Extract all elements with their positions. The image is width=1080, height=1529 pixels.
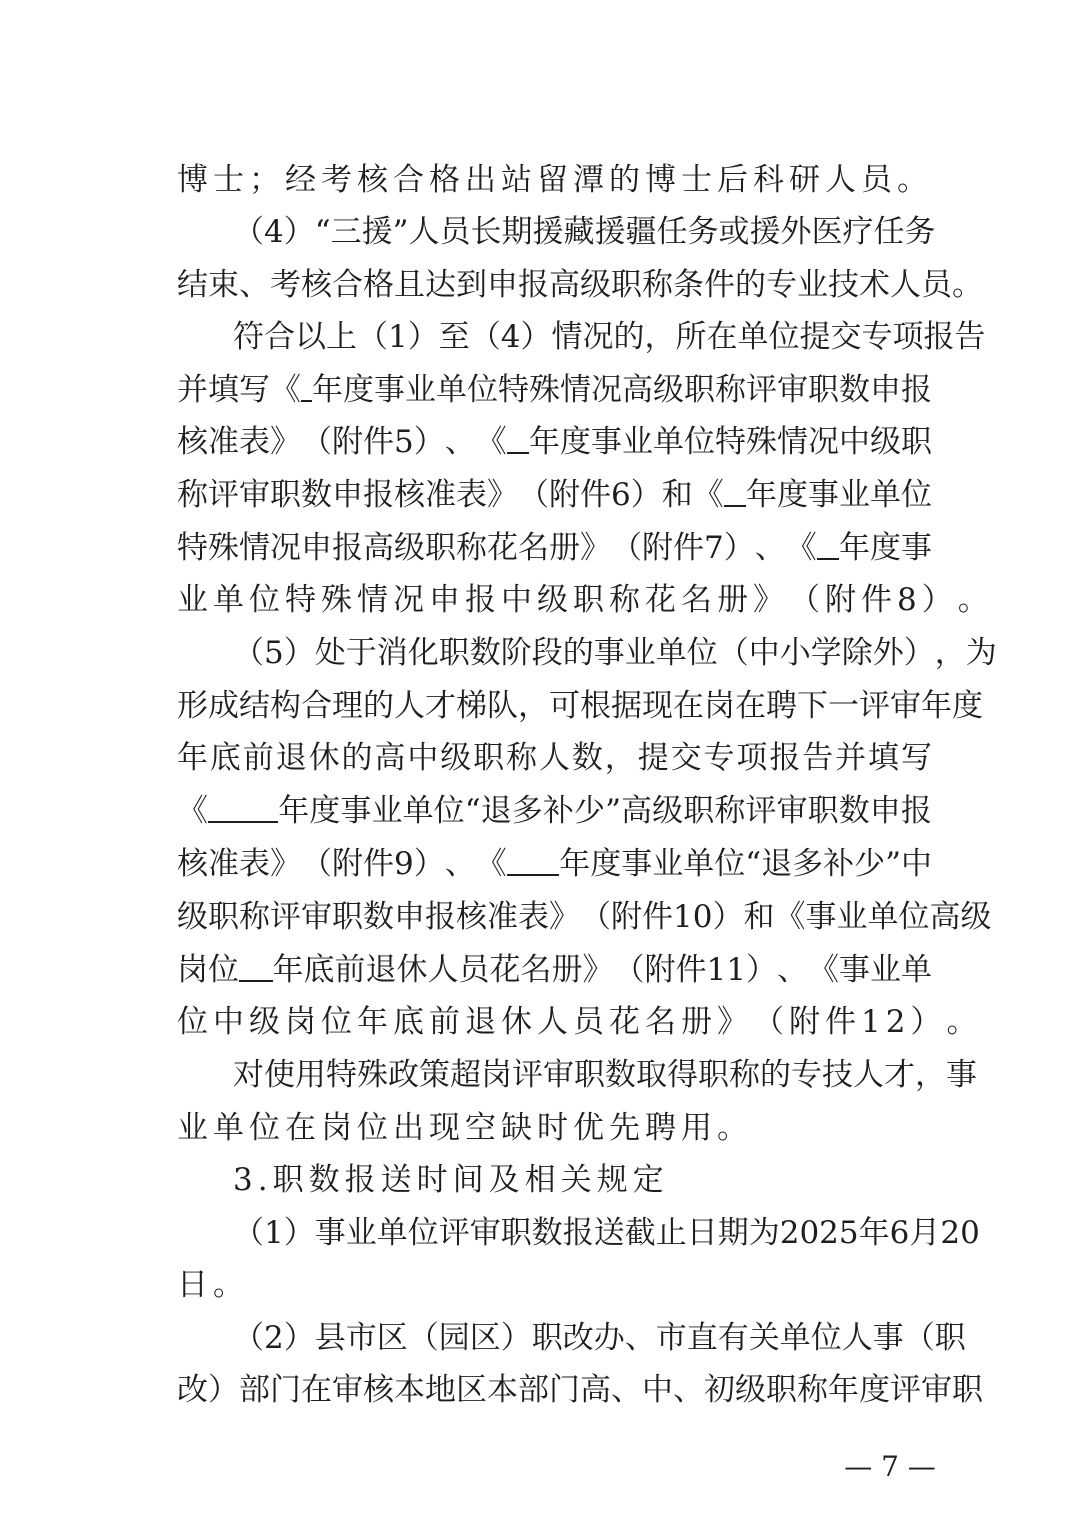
fill-in-blank (817, 528, 839, 560)
text-glyph: 、 (755, 528, 786, 568)
text-glyph: 5 (264, 633, 284, 673)
text-glyph: 日 (177, 1265, 213, 1305)
text-glyph: 直 (687, 1318, 718, 1358)
text-glyph: 》 (580, 528, 611, 568)
text-glyph: 员 (921, 265, 952, 305)
text-glyph: 职 (501, 1213, 532, 1253)
text-glyph: 特 (498, 370, 529, 410)
text-glyph: 度 (777, 475, 808, 515)
text-glyph: 职 (332, 897, 363, 937)
text-glyph: 出 (465, 160, 501, 200)
text-glyph: 人 (539, 738, 570, 778)
text-glyph: 事 (374, 370, 405, 410)
text-glyph: 单 (377, 1213, 408, 1253)
text-glyph: 花 (487, 528, 518, 568)
text-glyph: 花 (645, 580, 681, 620)
text-glyph: 地 (425, 1370, 456, 1410)
text-glyph: 数 (605, 1055, 636, 1095)
text-glyph: 位 (249, 580, 285, 620)
text-glyph: 度 (952, 686, 983, 726)
text-glyph: 件 (580, 475, 611, 515)
text-glyph: 底 (393, 1002, 429, 1042)
text-glyph: 人 (842, 1318, 873, 1358)
text-glyph: 件 (673, 528, 704, 568)
text-glyph: 初 (704, 1370, 735, 1410)
text-glyph: ） (904, 633, 935, 673)
text-glyph: 年 (177, 738, 208, 778)
text-glyph: 职 (425, 528, 456, 568)
text-glyph: 报 (901, 370, 932, 410)
text-glyph: 件 (363, 844, 394, 884)
text-glyph: 化 (408, 633, 439, 673)
text-glyph: 评 (859, 686, 890, 726)
text-glyph: 空 (465, 1108, 501, 1148)
text-glyph: 改 (177, 1370, 208, 1410)
text-glyph: 关 (561, 1160, 597, 1200)
text-glyph: 业 (797, 265, 828, 305)
text-glyph: 报 (563, 1213, 594, 1253)
text-glyph: 除 (842, 633, 873, 673)
text-glyph: 写 (901, 738, 932, 778)
text-glyph: 交 (830, 317, 861, 357)
text-glyph: 员 (573, 1002, 609, 1042)
text-glyph: （ (233, 212, 264, 252)
text-glyph: 务 (904, 212, 935, 252)
text-glyph: 段 (532, 633, 563, 673)
text-glyph: 缺 (501, 1108, 537, 1148)
text-glyph: ， (644, 317, 675, 357)
text-glyph: 级 (735, 1370, 766, 1410)
text-glyph: 聘 (766, 686, 797, 726)
text-glyph: 合 (393, 160, 429, 200)
text-glyph: 2 (264, 1318, 284, 1358)
text-glyph: 11 (707, 950, 746, 990)
text-glyph: 术 (859, 265, 890, 305)
text-glyph: 。 (958, 580, 994, 620)
text-glyph: 填 (208, 370, 239, 410)
text-glyph: 的 (760, 1055, 791, 1095)
text-glyph: 援 (362, 212, 393, 252)
text-glyph: 数 (470, 633, 501, 673)
text-glyph: 称 (797, 1370, 828, 1410)
text-glyph: 事 (808, 475, 839, 515)
text-glyph: 长 (470, 212, 501, 252)
text-glyph: 年 (746, 475, 777, 515)
text-glyph: 员 (459, 950, 490, 990)
text-glyph: 并 (835, 738, 866, 778)
text-glyph: 情 (357, 580, 393, 620)
text-glyph: 前 (335, 950, 366, 990)
text-glyph: 评 (512, 1055, 543, 1095)
text-glyph: 中 (901, 844, 932, 884)
text-glyph: 报 (518, 265, 549, 305)
text-line: （5）处于消化职数阶段的事业单位（中小学除外），为 (233, 633, 932, 673)
text-glyph: 前 (429, 1002, 465, 1042)
text-glyph: 殊 (746, 422, 777, 462)
text-glyph: 员 (439, 212, 470, 252)
text-glyph: 博 (645, 160, 681, 200)
text-glyph: 日 (687, 1213, 718, 1253)
text-line: 业单位在岗位出现空缺时优先聘用。 (177, 1108, 932, 1148)
text-glyph: 退 (465, 1002, 501, 1042)
text-glyph: 、 (625, 1318, 656, 1358)
text-glyph: 职 (473, 738, 504, 778)
text-glyph: 的 (735, 265, 766, 305)
text-glyph: （ (614, 950, 645, 990)
text-glyph: 园 (439, 1318, 470, 1358)
text-glyph: ” (605, 791, 621, 831)
text-glyph: 区 (456, 1370, 487, 1410)
text-glyph: 先 (609, 1108, 645, 1148)
text-glyph: 10 (673, 897, 712, 937)
text-glyph: （ (904, 1318, 935, 1358)
text-glyph: ” (393, 212, 409, 252)
text-glyph: 和 (743, 897, 774, 937)
text-glyph: 少 (574, 791, 605, 831)
text-glyph: 职 (935, 1318, 966, 1358)
text-glyph: 位 (768, 317, 799, 357)
text-glyph: 项 (892, 317, 923, 357)
text-glyph: 称 (729, 1055, 760, 1095)
text-glyph: 高 (549, 265, 580, 305)
text-glyph: 名 (521, 950, 552, 990)
text-glyph: ） (284, 1213, 315, 1253)
text-glyph: 位 (208, 950, 239, 990)
text-glyph: 多 (792, 844, 823, 884)
text-glyph: 报 (901, 791, 932, 831)
text-glyph: 队 (487, 686, 518, 726)
text-glyph: 定 (633, 1160, 669, 1200)
text-glyph: 度 (560, 422, 591, 462)
text-glyph: 。 (946, 1002, 982, 1042)
text-glyph: 核 (456, 897, 487, 937)
text-glyph: 业 (405, 370, 436, 410)
text-glyph: 件 (363, 422, 394, 462)
text-glyph: 下 (797, 686, 828, 726)
fill-in-blank (239, 950, 273, 982)
text-glyph: 事 (901, 528, 932, 568)
text-glyph: ， (518, 686, 549, 726)
text-glyph: 审 (543, 1055, 574, 1095)
document-page: 博士；经考核合格出站留潭的博士后科研人员。（4）“三援”人员长期援藏援疆任务或援… (0, 0, 1080, 1529)
text-glyph: 一 (828, 686, 859, 726)
text-glyph: 经 (285, 160, 321, 200)
text-glyph: 考 (270, 265, 301, 305)
text-glyph: 件 (642, 897, 673, 937)
text-glyph: 月 (909, 1213, 940, 1253)
text-glyph: 3. (233, 1160, 273, 1200)
text-glyph: 度 (859, 1370, 890, 1410)
text-glyph: 以 (295, 317, 326, 357)
text-glyph: 业 (177, 1108, 213, 1148)
text-glyph: （ (470, 317, 501, 357)
text-glyph: 多 (512, 791, 543, 831)
text-line: 3.职数报送时间及相关规定 (233, 1160, 932, 1200)
text-glyph: 评 (439, 1213, 470, 1253)
text-glyph: 、 (445, 844, 476, 884)
text-glyph: 业 (652, 844, 683, 884)
text-glyph: 高 (363, 528, 394, 568)
text-glyph: 的 (563, 633, 594, 673)
text-glyph: 间 (453, 1160, 489, 1200)
text-glyph: 称 (715, 370, 746, 410)
text-glyph: 度 (343, 370, 374, 410)
text-glyph: 况 (270, 528, 301, 568)
text-glyph: 12 (861, 1002, 910, 1042)
text-glyph: 事 (340, 791, 371, 831)
text-glyph: 位 (177, 1002, 213, 1042)
text-glyph: 级 (580, 265, 611, 305)
text-glyph: 级 (249, 1002, 285, 1042)
text-glyph: 止 (656, 1213, 687, 1253)
text-glyph: 岗 (285, 1002, 321, 1042)
text-glyph: 册 (552, 950, 583, 990)
text-glyph: 评 (890, 1370, 921, 1410)
text-glyph: 审 (890, 686, 921, 726)
text-glyph: ， (935, 633, 966, 673)
text-glyph: 核 (177, 844, 208, 884)
text-glyph: 《 (270, 370, 301, 410)
text-glyph: 有 (718, 1318, 749, 1358)
text-glyph: 1 (264, 1213, 284, 1253)
text-glyph: 研 (789, 160, 825, 200)
text-glyph: 期 (501, 212, 532, 252)
text-glyph: 职 (808, 791, 839, 831)
text-glyph: 。 (952, 265, 983, 305)
text-glyph: 殊 (321, 580, 357, 620)
text-glyph: 年 (529, 422, 560, 462)
text-glyph: 附 (645, 950, 676, 990)
text-glyph: 况 (808, 422, 839, 462)
text-line: 博士；经考核合格出站留潭的博士后科研人员。 (177, 160, 932, 200)
text-glyph: 业 (870, 950, 901, 990)
text-glyph: 况 (591, 370, 622, 410)
text-glyph: 准 (487, 897, 518, 937)
text-glyph: “ (465, 791, 481, 831)
text-glyph: 业 (371, 791, 402, 831)
text-glyph: 职 (574, 1055, 605, 1095)
text-glyph: 务 (687, 212, 718, 252)
text-line: 对使用特殊政策超岗评审职数取得职称的专技人才，事 (233, 1055, 932, 1095)
text-glyph: 事 (315, 1213, 346, 1253)
text-glyph: ” (885, 844, 901, 884)
text-glyph: 单 (737, 317, 768, 357)
text-glyph: 退 (481, 791, 512, 831)
text-glyph: 报 (769, 738, 800, 778)
text-glyph: 条 (673, 265, 704, 305)
text-glyph: 规 (597, 1160, 633, 1200)
text-glyph: 学 (811, 633, 842, 673)
text-glyph: 合 (264, 317, 295, 357)
text-glyph: 潭 (573, 160, 609, 200)
text-glyph: 藏 (563, 212, 594, 252)
text-glyph: 位 (321, 1002, 357, 1042)
text-glyph: 市 (346, 1318, 377, 1358)
text-glyph: 高 (622, 370, 653, 410)
text-glyph: 理 (332, 686, 363, 726)
text-glyph: 殊 (529, 370, 560, 410)
text-glyph: 市 (656, 1318, 687, 1358)
text-glyph: 在 (301, 1370, 332, 1410)
text-glyph: 博 (177, 160, 213, 200)
text-glyph: 事 (839, 950, 870, 990)
text-glyph: 》 (270, 844, 301, 884)
text-glyph: 附 (332, 844, 363, 884)
text-glyph: 审 (239, 475, 270, 515)
text-glyph: 岗 (704, 686, 735, 726)
text-glyph: 在 (706, 317, 737, 357)
text-glyph: 年 (312, 370, 343, 410)
text-glyph: 数 (532, 1213, 563, 1253)
text-glyph: 专 (766, 265, 797, 305)
text-glyph: 中 (642, 1370, 673, 1410)
text-glyph: 位 (467, 370, 498, 410)
text-glyph: 特 (715, 422, 746, 462)
text-line: 特殊情况申报高级职称花名册》（附件7）、《年度事 (177, 528, 932, 568)
text-glyph: 数 (309, 1160, 345, 1200)
text-glyph: 20 (940, 1213, 979, 1253)
text-glyph: 职 (208, 897, 239, 937)
text-line: 岗位年底前退休人员花名册》（附件11）、《事业单 (177, 950, 932, 990)
text-glyph: 提 (638, 738, 669, 778)
text-glyph: 殊 (357, 1055, 388, 1095)
text-glyph: 核 (363, 1370, 394, 1410)
text-glyph: 取 (636, 1055, 667, 1095)
text-glyph: 》 (753, 580, 789, 620)
text-glyph: 数 (363, 897, 394, 937)
text-glyph: 消 (377, 633, 408, 673)
text-glyph: 特 (326, 1055, 357, 1095)
text-glyph: 情 (560, 370, 591, 410)
text-glyph: 改 (563, 1318, 594, 1358)
text-glyph: 结 (177, 265, 208, 305)
text-glyph: 交 (671, 738, 702, 778)
text-glyph: 的 (342, 738, 373, 778)
text-glyph: 可 (549, 686, 580, 726)
text-glyph: 《 (774, 897, 805, 937)
text-glyph: 单 (213, 1108, 249, 1148)
text-glyph: 名 (645, 1002, 681, 1042)
text-glyph: 《 (476, 422, 507, 462)
text-glyph: 名 (681, 580, 717, 620)
text-glyph: 称 (642, 265, 673, 305)
text-glyph: 写 (239, 370, 270, 410)
text-glyph: 册 (717, 580, 753, 620)
text-glyph: 人 (394, 686, 425, 726)
text-glyph: 称 (177, 475, 208, 515)
text-glyph: 据 (611, 686, 642, 726)
text-glyph: 特 (285, 580, 321, 620)
text-glyph: 2025 (780, 1213, 859, 1253)
text-glyph: 职 (684, 370, 715, 410)
text-glyph: 称 (456, 528, 487, 568)
text-glyph: 称 (714, 791, 745, 831)
text-glyph: 职 (270, 475, 301, 515)
text-glyph: 5 (394, 422, 414, 462)
text-glyph: 达 (425, 265, 456, 305)
text-glyph: 在 (735, 686, 766, 726)
text-glyph: 合 (332, 265, 363, 305)
text-glyph: 附 (789, 1002, 825, 1042)
text-glyph: 花 (490, 950, 521, 990)
text-glyph: 业 (839, 475, 870, 515)
text-glyph: 级 (870, 422, 901, 462)
text-glyph: 疗 (842, 212, 873, 252)
text-glyph: 核 (357, 160, 393, 200)
text-line: （2）县市区（园区）职改办、市直有关单位人事（职 (233, 1318, 932, 1358)
text-glyph: 单 (403, 791, 434, 831)
text-glyph: 出 (393, 1108, 429, 1148)
text-glyph: （ (580, 897, 611, 937)
text-glyph: 年 (273, 950, 304, 990)
text-glyph: 职 (611, 265, 642, 305)
text-glyph: 特 (177, 528, 208, 568)
text-glyph: 业 (622, 422, 653, 462)
text-line: 《年度事业单位“退多补少”高级职称评审职数申报 (177, 791, 932, 831)
text-glyph: 职 (439, 633, 470, 673)
text-glyph: 评 (745, 791, 776, 831)
text-glyph: 职 (952, 1370, 983, 1410)
text-glyph: 申 (870, 370, 901, 410)
text-glyph: 审 (332, 1370, 363, 1410)
text-glyph: 项 (736, 738, 767, 778)
text-glyph: 中 (839, 422, 870, 462)
text-glyph: 区 (377, 1318, 408, 1358)
text-glyph: （ (408, 1318, 439, 1358)
text-glyph: 合 (301, 686, 332, 726)
text-glyph: 人 (890, 265, 921, 305)
text-glyph: 级 (177, 897, 208, 937)
text-glyph: 业 (836, 897, 867, 937)
text-line: （1）事业单位评审职数报送截止日期为2025年6月20 (233, 1213, 932, 1253)
text-glyph: 位 (357, 1108, 393, 1148)
text-glyph: 用 (295, 1055, 326, 1095)
text-glyph: 位 (684, 422, 715, 462)
text-glyph: 附 (611, 897, 642, 937)
text-glyph: 符 (233, 317, 264, 357)
text-glyph: 审 (470, 1213, 501, 1253)
text-glyph: 至 (439, 317, 470, 357)
text-glyph: 后 (717, 160, 753, 200)
text-glyph: 业 (625, 633, 656, 673)
text-line: 结束、考核合格且达到申报高级职称条件的专业技术人员。 (177, 265, 932, 305)
text-glyph: 申 (394, 897, 425, 937)
text-glyph: 6 (890, 1213, 910, 1253)
text-glyph: 本 (487, 1370, 518, 1410)
text-glyph: 报 (425, 897, 456, 937)
text-glyph: ） (520, 317, 551, 357)
text-glyph: 在 (285, 1108, 321, 1148)
text-glyph: 部 (239, 1370, 270, 1410)
text-glyph: 殊 (208, 528, 239, 568)
text-glyph: 。 (213, 1265, 249, 1305)
text-glyph: 专 (861, 317, 892, 357)
text-glyph: 称 (506, 738, 537, 778)
text-line: （4）“三援”人员长期援藏援疆任务或援外医疗任务 (233, 212, 932, 252)
text-glyph: 且 (394, 265, 425, 305)
text-glyph: 况 (393, 580, 429, 620)
text-glyph: 度 (590, 844, 621, 884)
text-glyph: ； (249, 160, 285, 200)
text-glyph: 休 (501, 1002, 537, 1042)
text-glyph: 件 (825, 1002, 861, 1042)
text-glyph: 构 (270, 686, 301, 726)
text-glyph: 职 (901, 422, 932, 462)
text-glyph: 、 (239, 265, 270, 305)
text-glyph: 的 (613, 317, 644, 357)
text-glyph: 数 (572, 738, 603, 778)
text-glyph: ） (284, 212, 315, 252)
